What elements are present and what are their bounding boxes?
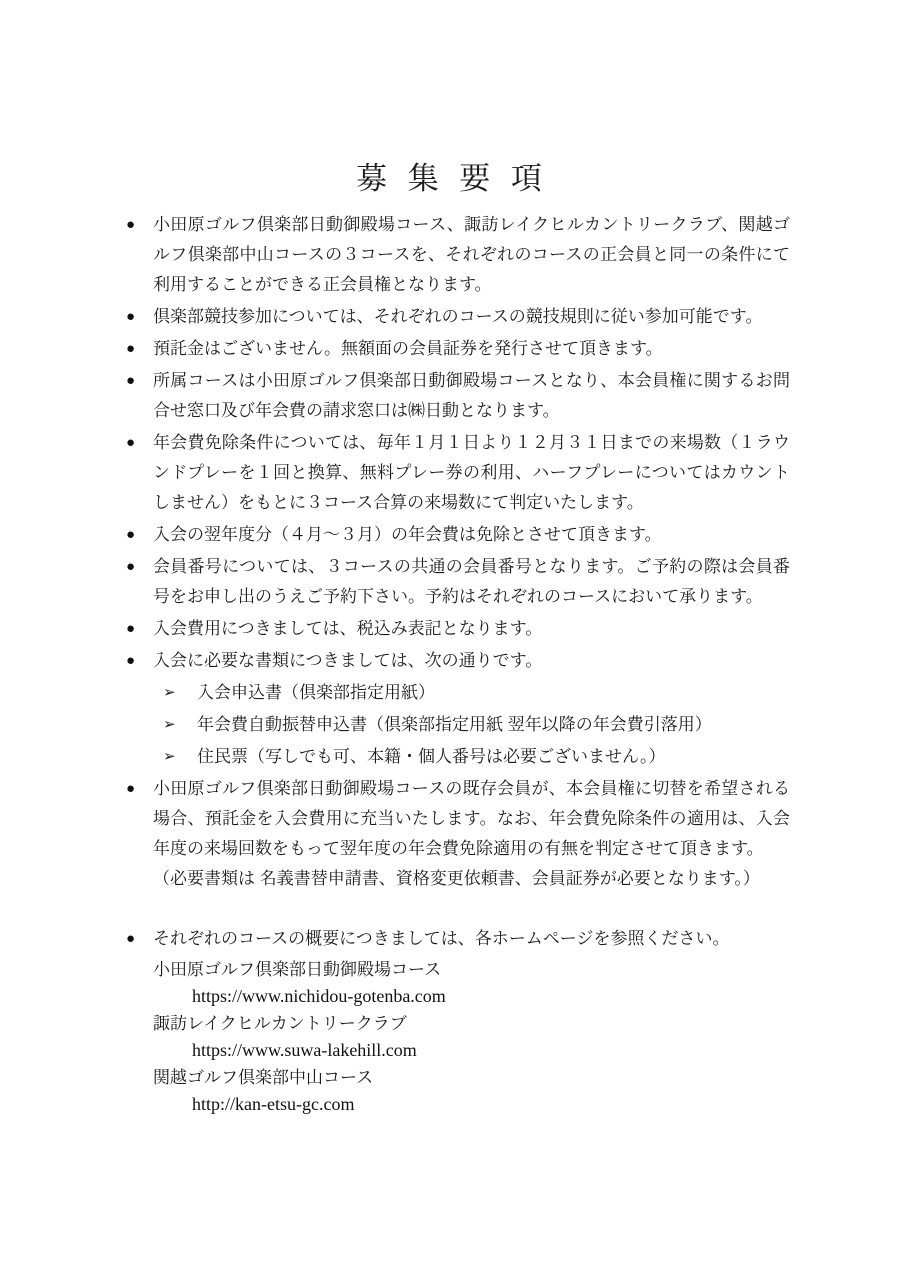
bullet-item: ● 年会費免除条件については、毎年１月１日より１２月３１日までの来場数（１ラウン… [126, 428, 790, 518]
course-url-link[interactable]: https://www.suwa-lakehill.com [192, 1037, 790, 1064]
required-document-item: ➢ 入会申込書（倶楽部指定用紙） [163, 678, 790, 708]
bullet-item: ● 小田原ゴルフ倶楽部日動御殿場コース、諏訪レイクヒルカントリークラブ、関越ゴル… [126, 210, 790, 300]
bullet-text: 年会費免除条件については、毎年１月１日より１２月３１日までの来場数（１ラウンドプ… [153, 428, 790, 518]
bullet-icon: ● [126, 302, 153, 332]
bullet-icon: ● [126, 366, 153, 426]
bullet-icon: ● [126, 614, 153, 644]
bullet-icon: ● [126, 428, 153, 518]
course-list: 小田原ゴルフ倶楽部日動御殿場コース https://www.nichidou-g… [153, 956, 790, 1118]
bullet-item-course-intro: ● それぞれのコースの概要につきましては、各ホームページを参照ください。 [126, 924, 790, 954]
bullet-item-switch-clause: ● 小田原ゴルフ倶楽部日動御殿場コースの既存会員が、本会員権に切替を希望される場… [126, 774, 790, 894]
bullet-text: 預託金はございません。無額面の会員証券を発行させて頂きます。 [153, 334, 790, 364]
bullet-text: 入会に必要な書類につきましては、次の通りです。 [153, 646, 790, 676]
course-url-link[interactable]: https://www.nichidou-gotenba.com [192, 983, 790, 1010]
course-name: 小田原ゴルフ倶楽部日動御殿場コース [153, 956, 790, 983]
arrow-bullet-icon: ➢ [163, 678, 197, 708]
bullet-text: 小田原ゴルフ倶楽部日動御殿場コース、諏訪レイクヒルカントリークラブ、関越ゴルフ倶… [153, 210, 790, 300]
course-name: 関越ゴルフ倶楽部中山コース [153, 1064, 790, 1091]
switch-clause-text: 小田原ゴルフ倶楽部日動御殿場コースの既存会員が、本会員権に切替を希望される場合、… [153, 774, 790, 864]
bullet-icon: ● [126, 646, 153, 676]
page-title: 募 集 要 項 [0, 0, 904, 202]
required-document-item: ➢ 住民票（写しでも可、本籍・個人番号は必要ございません。） [163, 742, 790, 772]
arrow-bullet-icon: ➢ [163, 710, 197, 740]
bullet-icon: ● [126, 210, 153, 300]
bullet-icon: ● [126, 520, 153, 550]
bullet-item: ● 入会に必要な書類につきましては、次の通りです。 [126, 646, 790, 676]
bullet-text: 倶楽部競技参加については、それぞれのコースの競技規則に従い参加可能です。 [153, 302, 790, 332]
bullet-icon: ● [126, 334, 153, 364]
course-name: 諏訪レイクヒルカントリークラブ [153, 1010, 790, 1037]
required-document-text: 入会申込書（倶楽部指定用紙） [197, 678, 790, 708]
bullet-item: ● 入会の翌年度分（４月～３月）の年会費は免除とさせて頂きます。 [126, 520, 790, 550]
course-url-link[interactable]: http://kan-etsu-gc.com [192, 1091, 790, 1118]
course-intro-text: それぞれのコースの概要につきましては、各ホームページを参照ください。 [153, 924, 790, 954]
bullet-text: 会員番号については、３コースの共通の会員番号となります。ご予約の際は会員番号をお… [153, 552, 790, 612]
document-body: ● 小田原ゴルフ倶楽部日動御殿場コース、諏訪レイクヒルカントリークラブ、関越ゴル… [126, 210, 790, 1118]
bullet-item: ● 預託金はございません。無額面の会員証券を発行させて頂きます。 [126, 334, 790, 364]
switch-clause-note: （必要書類は 名義書替申請書、資格変更依頼書、会員証券が必要となります。） [153, 864, 790, 894]
required-document-item: ➢ 年会費自動振替申込書（倶楽部指定用紙 翌年以降の年会費引落用） [163, 710, 790, 740]
bullet-icon: ● [126, 924, 153, 954]
switch-clause: 小田原ゴルフ倶楽部日動御殿場コースの既存会員が、本会員権に切替を希望される場合、… [153, 774, 790, 894]
bullet-item: ● 入会費用につきましては、税込み表記となります。 [126, 614, 790, 644]
arrow-bullet-icon: ➢ [163, 742, 197, 772]
bullet-icon: ● [126, 774, 153, 894]
document-page: 募 集 要 項 ● 小田原ゴルフ倶楽部日動御殿場コース、諏訪レイクヒルカントリー… [0, 0, 904, 1279]
bullet-item: ● 倶楽部競技参加については、それぞれのコースの競技規則に従い参加可能です。 [126, 302, 790, 332]
bullet-text: 所属コースは小田原ゴルフ倶楽部日動御殿場コースとなり、本会員権に関するお問合せ窓… [153, 366, 790, 426]
bullet-text: 入会費用につきましては、税込み表記となります。 [153, 614, 790, 644]
bullet-item: ● 所属コースは小田原ゴルフ倶楽部日動御殿場コースとなり、本会員権に関するお問合… [126, 366, 790, 426]
bullet-icon: ● [126, 552, 153, 612]
course-info-section: ● それぞれのコースの概要につきましては、各ホームページを参照ください。 小田原… [126, 924, 790, 1118]
bullet-text: 入会の翌年度分（４月～３月）の年会費は免除とさせて頂きます。 [153, 520, 790, 550]
bullet-item: ● 会員番号については、３コースの共通の会員番号となります。ご予約の際は会員番号… [126, 552, 790, 612]
required-document-text: 住民票（写しでも可、本籍・個人番号は必要ございません。） [197, 742, 790, 772]
required-document-text: 年会費自動振替申込書（倶楽部指定用紙 翌年以降の年会費引落用） [197, 710, 790, 740]
